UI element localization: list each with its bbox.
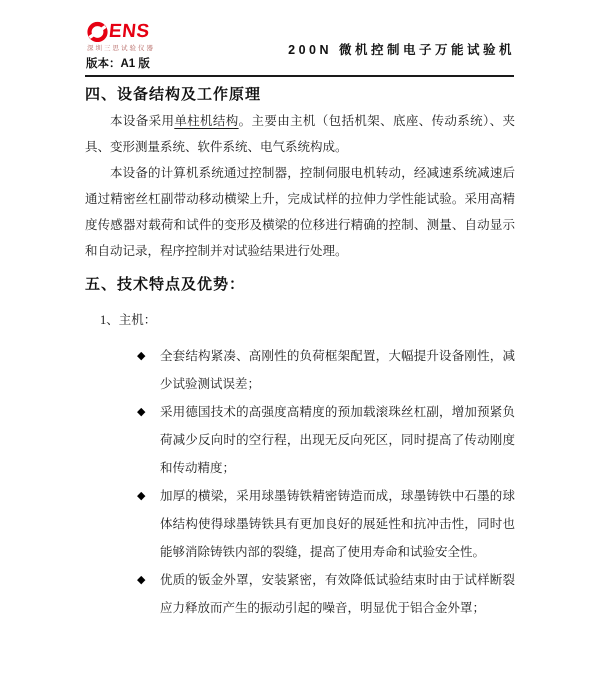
version-label: 版本：A1 版 (86, 55, 150, 71)
section-4-paragraph-2: 本设备的计算机系统通过控制器，控制伺服电机转动，经减速系统减速后通过精密丝杠副带… (85, 160, 515, 264)
section-5-heading: 五、技术特点及优势： (85, 274, 515, 296)
list-item: ◆ 优质的钣金外罩，安装紧密，有效降低试验结束时由于试样断裂应力释放而产生的振动… (85, 566, 515, 622)
feature-bullet-list: ◆ 全套结构紧凑、高刚性的负荷框架配置，大幅提升设备刚性，减少试验测试误差； ◆… (85, 342, 515, 622)
document-page: ENS 深圳三思试验仪器 版本：A1 版 200N 微机控制电子万能试验机 四、… (0, 0, 600, 697)
section-4-heading: 四、设备结构及工作原理 (85, 84, 515, 106)
diamond-bullet-icon: ◆ (137, 482, 145, 510)
diamond-bullet-icon: ◆ (137, 398, 145, 426)
bullet-text: 全套结构紧凑、高刚性的负荷框架配置，大幅提升设备刚性，减少试验测试误差； (160, 349, 515, 391)
subsection-1-label: 1、主机： (100, 311, 515, 329)
logo-text: ENS (108, 22, 151, 41)
section-4-paragraph-1: 本设备采用单柱机结构。主要由主机（包括机架、底座、传动系统）、夹具、变形测量系统… (85, 108, 515, 160)
bullet-text: 优质的钣金外罩，安装紧密，有效降低试验结束时由于试样断裂应力释放而产生的振动引起… (160, 573, 515, 615)
list-item: ◆ 全套结构紧凑、高刚性的负荷框架配置，大幅提升设备刚性，减少试验测试误差； (85, 342, 515, 398)
p1-underlined-term: 单柱机结构 (174, 114, 238, 128)
company-logo: ENS (87, 20, 150, 42)
document-body: 四、设备结构及工作原理 本设备采用单柱机结构。主要由主机（包括机架、底座、传动系… (85, 84, 515, 622)
company-name-small: 深圳三思试验仪器 (87, 43, 155, 52)
bullet-text: 采用德国技术的高强度高精度的预加载滚珠丝杠副，增加预紧负荷减少反向时的空行程，出… (160, 405, 515, 475)
bullet-text: 加厚的横梁，采用球墨铸铁精密铸造而成，球墨铸铁中石墨的球体结构使得球墨铸铁具有更… (160, 489, 515, 559)
diamond-bullet-icon: ◆ (137, 566, 145, 594)
header-divider (85, 75, 514, 77)
document-title: 200N 微机控制电子万能试验机 (288, 40, 515, 58)
p1-text-before: 本设备采用 (110, 114, 174, 128)
diamond-bullet-icon: ◆ (137, 342, 145, 370)
list-item: ◆ 加厚的横梁，采用球墨铸铁精密铸造而成，球墨铸铁中石墨的球体结构使得球墨铸铁具… (85, 482, 515, 566)
list-item: ◆ 采用德国技术的高强度高精度的预加载滚珠丝杠副，增加预紧负荷减少反向时的空行程… (85, 398, 515, 482)
logo-s-circle-icon (87, 21, 108, 42)
